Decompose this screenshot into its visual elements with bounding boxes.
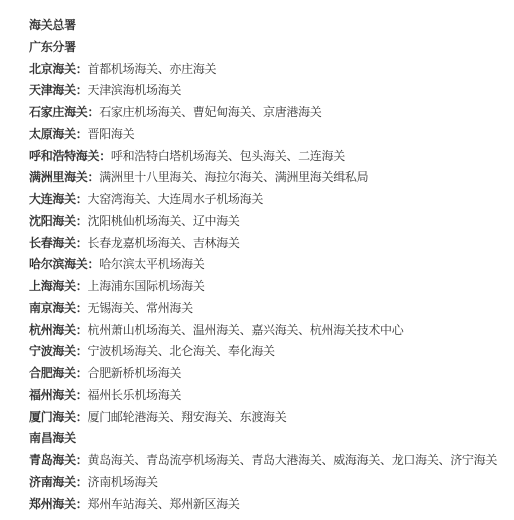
customs-list-item: 南京海关：无锡海关、常州海关 (29, 298, 506, 320)
customs-office-label: 郑州海关： (29, 497, 88, 511)
subordinate-customs-text: 黄岛海关、青岛流亭机场海关、青岛大港海关、威海海关、龙口海关、济宁海关 (88, 453, 498, 467)
subordinate-customs-text: 济南机场海关 (88, 475, 158, 489)
customs-office-label: 石家庄海关： (29, 105, 99, 119)
subordinate-customs-text: 无锡海关、常州海关 (88, 301, 193, 315)
customs-list-item: 长春海关：长春龙嘉机场海关、吉林海关 (29, 233, 506, 255)
customs-list-item: 呼和浩特海关：呼和浩特白塔机场海关、包头海关、二连海关 (29, 146, 506, 168)
subordinate-customs-text: 郑州车站海关、郑州新区海关 (88, 497, 240, 511)
customs-list-item: 杭州海关：杭州萧山机场海关、温州海关、嘉兴海关、杭州海关技术中心 (29, 320, 506, 342)
customs-list-item: 哈尔滨海关：哈尔滨太平机场海关 (29, 254, 506, 276)
customs-office-label: 济南海关： (29, 475, 88, 489)
customs-office-label: 沈阳海关： (29, 214, 88, 228)
customs-list-item: 广东分署 (29, 37, 506, 59)
customs-list-item: 合肥海关：合肥新桥机场海关 (29, 363, 506, 385)
customs-office-label: 北京海关： (29, 62, 88, 76)
customs-list-item: 石家庄海关：石家庄机场海关、曹妃甸海关、京唐港海关 (29, 102, 506, 124)
customs-list-item: 太原海关：晋阳海关 (29, 124, 506, 146)
customs-list-item: 济南海关：济南机场海关 (29, 472, 506, 494)
customs-office-label: 海关总署 (29, 18, 76, 32)
customs-list-item: 南昌海关 (29, 428, 506, 450)
customs-list-item: 天津海关：天津滨海机场海关 (29, 80, 506, 102)
subordinate-customs-text: 石家庄机场海关、曹妃甸海关、京唐港海关 (99, 105, 321, 119)
customs-office-label: 满洲里海关： (29, 170, 99, 184)
customs-list-item: 郑州海关：郑州车站海关、郑州新区海关 (29, 494, 506, 516)
customs-list-item: 上海海关：上海浦东国际机场海关 (29, 276, 506, 298)
customs-office-label: 南京海关： (29, 301, 88, 315)
customs-office-label: 呼和浩特海关： (29, 149, 111, 163)
subordinate-customs-text: 沈阳桃仙机场海关、辽中海关 (88, 214, 240, 228)
subordinate-customs-text: 厦门邮轮港海关、翔安海关、东渡海关 (88, 410, 287, 424)
subordinate-customs-text: 首都机场海关、亦庄海关 (88, 62, 217, 76)
customs-office-label: 南昌海关 (29, 431, 76, 445)
customs-office-label: 太原海关： (29, 127, 88, 141)
customs-list-item: 北京海关：首都机场海关、亦庄海关 (29, 59, 506, 81)
subordinate-customs-text: 杭州萧山机场海关、温州海关、嘉兴海关、杭州海关技术中心 (88, 323, 404, 337)
subordinate-customs-text: 长春龙嘉机场海关、吉林海关 (88, 236, 240, 250)
subordinate-customs-text: 上海浦东国际机场海关 (88, 279, 205, 293)
subordinate-customs-text: 福州长乐机场海关 (88, 388, 182, 402)
subordinate-customs-text: 满洲里十八里海关、海拉尔海关、满洲里海关缉私局 (99, 170, 368, 184)
customs-list-item: 厦门海关：厦门邮轮港海关、翔安海关、东渡海关 (29, 407, 506, 429)
subordinate-customs-text: 天津滨海机场海关 (88, 83, 182, 97)
customs-list: 海关总署 广东分署 北京海关：首都机场海关、亦庄海关 天津海关：天津滨海机场海关… (0, 0, 514, 515)
subordinate-customs-text: 合肥新桥机场海关 (88, 366, 182, 380)
customs-office-label: 福州海关： (29, 388, 88, 402)
customs-office-label: 广东分署 (29, 40, 76, 54)
customs-list-item: 沈阳海关：沈阳桃仙机场海关、辽中海关 (29, 211, 506, 233)
customs-list-item: 满洲里海关：满洲里十八里海关、海拉尔海关、满洲里海关缉私局 (29, 167, 506, 189)
customs-office-label: 厦门海关： (29, 410, 88, 424)
customs-office-label: 杭州海关： (29, 323, 88, 337)
customs-list-item: 海关总署 (29, 15, 506, 37)
customs-list-item: 宁波海关：宁波机场海关、北仑海关、奉化海关 (29, 341, 506, 363)
customs-office-label: 哈尔滨海关： (29, 257, 99, 271)
customs-office-label: 大连海关： (29, 192, 88, 206)
subordinate-customs-text: 宁波机场海关、北仑海关、奉化海关 (88, 344, 275, 358)
subordinate-customs-text: 呼和浩特白塔机场海关、包头海关、二连海关 (111, 149, 345, 163)
customs-office-label: 宁波海关： (29, 344, 88, 358)
customs-office-label: 青岛海关： (29, 453, 88, 467)
customs-office-label: 天津海关： (29, 83, 88, 97)
subordinate-customs-text: 大窑湾海关、大连周水子机场海关 (88, 192, 264, 206)
customs-office-label: 长春海关： (29, 236, 88, 250)
customs-office-label: 合肥海关： (29, 366, 88, 380)
subordinate-customs-text: 哈尔滨太平机场海关 (99, 257, 204, 271)
customs-list-item: 福州海关：福州长乐机场海关 (29, 385, 506, 407)
subordinate-customs-text: 晋阳海关 (88, 127, 135, 141)
customs-list-item: 青岛海关：黄岛海关、青岛流亭机场海关、青岛大港海关、威海海关、龙口海关、济宁海关 (29, 450, 506, 472)
customs-list-item: 大连海关：大窑湾海关、大连周水子机场海关 (29, 189, 506, 211)
customs-office-label: 上海海关： (29, 279, 88, 293)
